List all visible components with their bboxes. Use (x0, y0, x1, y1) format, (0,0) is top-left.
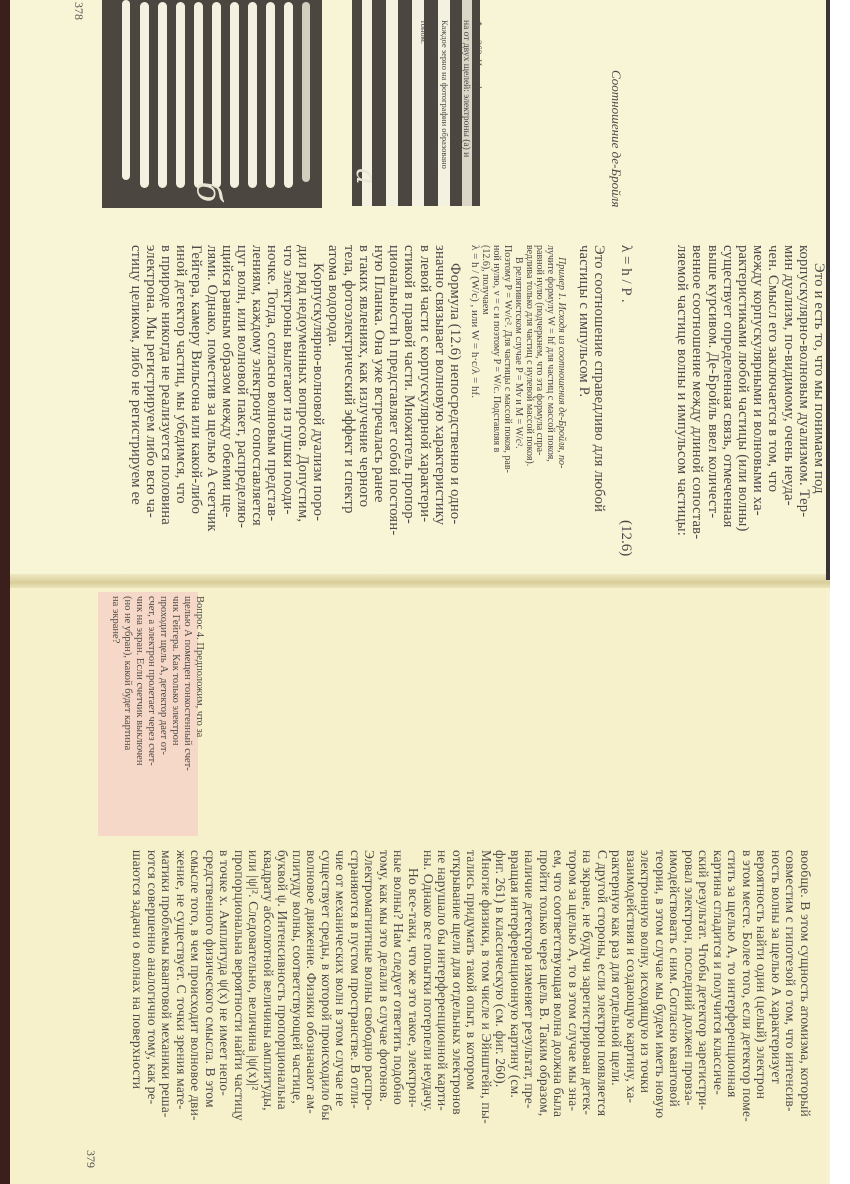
text-line: наличие детектора изменяет результат, пр… (522, 850, 537, 1124)
text-line: на экране? (109, 596, 121, 771)
text-line: средственного физического смысла. В этом (203, 850, 218, 1121)
text-line: имодействовать с ним. Согласно квантовой (667, 850, 682, 1124)
text-line: дил ряд недоуменных вопросов. Допустим, (295, 245, 310, 532)
text-line: в природе никогда не реализуется половин… (158, 245, 173, 532)
text-line: проходит щель А, детектор дает от- (157, 596, 169, 771)
text-line: в этом месте. Более того, если детектор … (740, 850, 755, 1124)
text-line: ной нулю, v = c и поэтому P = W/c. Подст… (490, 245, 501, 473)
caption-line: на от двух щелей: электроны (а) и (461, 20, 472, 175)
text-line: тались придумать такой опыт, в котором (464, 850, 479, 1124)
text-line: вероятность найти один (целый) электрон (754, 850, 769, 1124)
text-line: Это и есть то, что мы понимаем под (811, 245, 826, 539)
text-line: вообще. В этом сущность атомизма, которы… (798, 850, 813, 1124)
figure-photo-b: б (102, 0, 322, 208)
caption-line: свет (б). (451, 20, 462, 175)
text-line: Вопрос 4. Предположим, что за (193, 596, 205, 771)
figure-label-a: а (350, 168, 383, 185)
text-line: жение, не существует. С точки зрения мат… (174, 850, 189, 1121)
text-line: страняются в пустом пространстве. В отли… (348, 850, 363, 1121)
text-line: ровал электрон, последний должен провза- (682, 850, 697, 1124)
text-line: чие от механических волн в этом случае н… (333, 850, 348, 1121)
text-line: существует среды, в которой происходило … (319, 850, 334, 1121)
text-line: ляемой частице волны и импульсом частицы… (674, 245, 689, 539)
text-line: счет, а электрон пролетает через счет- (145, 596, 157, 771)
text-line: между корпускулярными и волновыми ха- (750, 245, 765, 539)
text-line: буквой ψ. Интенсивность пропорциональна (275, 850, 290, 1121)
top-paragraph-4: Корпускулярно-волновой дуализм поро- дил… (127, 245, 325, 532)
text-line: корпускулярно-волновым дуализмом. Тер- (796, 245, 811, 539)
text-line: иной детектор частиц, мы убедимся, что (173, 245, 188, 532)
text-line: щелью А помещен тонкостенный счет- (181, 596, 193, 771)
text-line: циональности h представляет собой постоя… (386, 245, 401, 535)
top-paragraph-2: Это соотношение справедливо для любой ча… (576, 245, 606, 512)
top-paragraph-3: Формула (12.6) непосредственно и одно- з… (325, 245, 462, 535)
text-line: Формула (12.6) непосредственно и одно- (447, 245, 462, 535)
text-line: шаются задачи о волнах на поверхности (130, 850, 145, 1121)
text-line: ем, что соответствующая волна должна был… (551, 850, 566, 1124)
bottom-paragraph-1: вообще. В этом сущность атомизма, которы… (421, 850, 813, 1124)
page-number-left: 378 (71, 2, 86, 20)
text-line: Это соотношение справедливо для любой (591, 245, 606, 512)
text-line: открывание щели для отдельных электронов (450, 850, 465, 1124)
page-fold (10, 574, 830, 588)
text-line: что электроны вылетают из пушки пооди- (279, 245, 294, 532)
text-line: рактерную как раз для отдельной щели. (609, 850, 624, 1124)
text-line: тому, как мы это делали в случае фотонов… (377, 850, 392, 1121)
text-line: щийся равным образом между обеими ще- (219, 245, 234, 532)
text-line: ные волны? Нам следует ответить подобно (391, 850, 406, 1121)
text-line: не нарушало бы интерференционной карти- (435, 850, 450, 1124)
caption-line: Фиг. 263. Интерференционная карти- (472, 20, 483, 175)
text-line: венное соотношение между длиной сопостав… (689, 245, 704, 539)
figure-label-b: б (188, 182, 228, 203)
text-line: или |ψ|². Следовательно, величина |ψ(x)|… (246, 850, 261, 1121)
figure-caption: Фиг. 263. Интерференционная карти- на от… (419, 20, 482, 175)
book-spine (0, 0, 10, 1184)
top-paragraph-1: Это и есть то, что мы понимаем под корпу… (674, 245, 826, 539)
text-line: квадрату абсолютной величины амплитуды, (261, 850, 276, 1121)
text-line: электрона. Мы регистрируем либо всю ча- (143, 245, 158, 532)
text-line: картина сгладится и получится классиче- (711, 850, 726, 1124)
text-line: в левой части с корпускулярной характери… (416, 245, 431, 535)
text-line: матики проблемы квантовой механики реша- (159, 850, 174, 1121)
text-line: совместим с гипотезой о том, что интенси… (783, 850, 798, 1124)
text-line: электронную волну, исходящую из точки (638, 850, 653, 1124)
text-line: Поэтому P = Wv/c². Для частицы с массой … (501, 245, 512, 473)
text-line: фиг. 261) в классическую (см. фиг. 260). (493, 850, 508, 1124)
text-line: тором за щелью А, то в этом случае мы зн… (566, 850, 581, 1124)
text-line: Но все-таки, что же это такое, электрон- (406, 850, 421, 1121)
text-line: мин дуализм, по-видимому, очень неуда- (780, 245, 795, 539)
text-line: ведлива только для частиц с нулевой масс… (523, 245, 534, 473)
text-line: ность волны за щелью А характеризует (769, 850, 784, 1124)
text-line: (но не убран), какой будет картина (121, 596, 133, 771)
text-line: стить за щелью А, то интерференционная (725, 850, 740, 1124)
text-line: на экране, не будучи зарегистрирован дет… (580, 850, 595, 1124)
text-line: значно связывает волновую характеристику (432, 245, 447, 535)
example-1: Пример 1. Исходя из соотношения де-Бройл… (480, 245, 566, 473)
text-line: ночке. Тогда, согласно волновым представ… (264, 245, 279, 532)
text-line: чик на экран. Если счетчик выключен (133, 596, 145, 771)
text-line: В релятивистском случае P = Mv и M = W/c… (512, 245, 523, 473)
text-line: Многие физики, в том числе и Эйнштейн, п… (479, 850, 494, 1124)
text-line: волновое движение. Физики обозначают ам- (304, 850, 319, 1121)
text-line: пройти только через щель В. Таким образо… (537, 850, 552, 1124)
text-line: смысле того, в чем происходит волновое д… (188, 850, 203, 1121)
text-line: ны. Однако все попытки потерпели неудачу… (421, 850, 436, 1124)
text-line: лями. Однако, поместив за щелью А счетчи… (203, 245, 218, 532)
text-line: Пример 1. Исходя из соотношения де-Бройл… (555, 245, 566, 473)
sidebar-title: Соотношение де-Бройля (608, 70, 624, 207)
page-edge-white (830, 0, 850, 1184)
text-line: в точке x. Амплитуда ψ(x) не имеет непо- (217, 850, 232, 1121)
text-line: рактеристиками любой частицы (или волны) (735, 245, 750, 539)
page-number-right: 379 (83, 1150, 98, 1168)
text-line: лучите формулу W = hf для частиц с массо… (544, 245, 555, 473)
text-line: тела, фотоэлектрический эффект и спектр (340, 245, 355, 535)
text-line: существует определенная связь, отмеченна… (720, 245, 735, 539)
text-line: теории, в этом случае мы будем иметь нов… (653, 850, 668, 1124)
bottom-paragraph-2: Но все-таки, что же это такое, электрон-… (130, 850, 420, 1121)
formula-de-broglie: λ = h / P . (617, 245, 634, 303)
text-line: стикой в правой части. Множитель пропор- (401, 245, 416, 535)
text-line: ются совершенно аналогично тому, как ре- (145, 850, 160, 1121)
caption-line: тоном. (419, 20, 430, 175)
text-line: цуг волн, или волновой пакет, распределя… (234, 245, 249, 532)
formula-number: (12.6) (617, 520, 634, 556)
text-line: в таких явлениях, как излучение черного (356, 245, 371, 535)
text-line: лениям, каждому электрону сопоставляется (249, 245, 264, 532)
text-line: чик Гейгера. Как только электрон (169, 596, 181, 771)
text-line: взаимодействия и создающую картину, ха- (624, 850, 639, 1124)
text-line: Гейгера, камеру Вильсона или какой-либо (188, 245, 203, 532)
caption-line: отдельным электроном или отдельным фо- (430, 20, 441, 175)
text-line: чен. Смысл его заключается в том, что (765, 245, 780, 539)
text-line: вращая интерференционную картину (см. (508, 850, 523, 1124)
text-line: ную Планка. Она уже встречалась ранее (371, 245, 386, 535)
text-line: выше курсивом. Де-Бройль ввел количест- (704, 245, 719, 539)
text-line: частицы с импульсом P. (576, 245, 591, 512)
text-line: С другой стороны, если электрон появляет… (595, 850, 610, 1124)
text-line: ский результат. Чтобы детектор зарегистр… (696, 850, 711, 1124)
caption-line: Каждое зерно на фотографии образовано (440, 20, 451, 175)
text-line: плитуду волны, соответствующей частице, (290, 850, 305, 1121)
text-line: Корпускулярно-волновой дуализм поро- (310, 245, 325, 532)
text-line: атома водорода. (325, 245, 340, 535)
text-line: стицу целиком, либо не регистрируем ее (127, 245, 142, 532)
formula-example: λ = h / (W/c) , или W = h·c/λ = hf. (469, 245, 480, 398)
text-line: (12.6), получаем (480, 245, 491, 473)
text-line: равной нулю (подчеркнем, что эта формула… (534, 245, 545, 473)
text-line: Электромагнитные волны свободно распро- (362, 850, 377, 1121)
text-line: пропорциональна вероятности найти частиц… (232, 850, 247, 1121)
question-4: Вопрос 4. Предположим, что за щелью А по… (109, 596, 205, 771)
